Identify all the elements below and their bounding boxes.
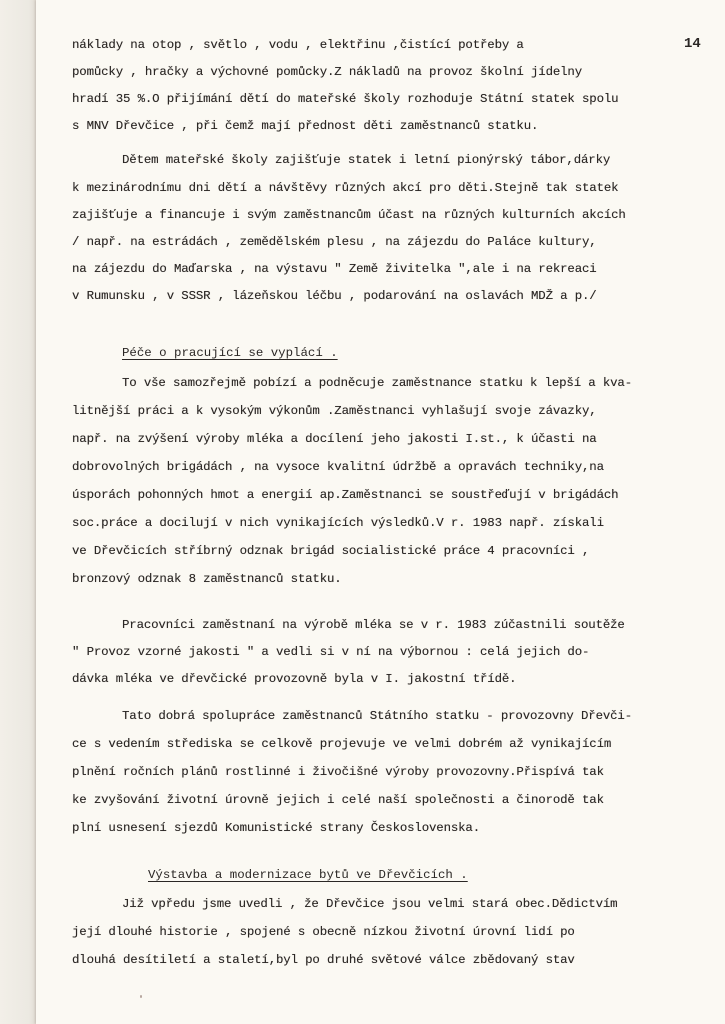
text-line: litnější práci a k vysokým výkonům .Zamě… bbox=[72, 404, 597, 418]
page-number: 14 bbox=[684, 36, 701, 52]
text-line: dávka mléka ve dřevčické provozovně byla… bbox=[72, 672, 516, 686]
document-page: 14 náklady na otop , světlo , vodu , ele… bbox=[36, 0, 725, 1024]
text-line: náklady na otop , světlo , vodu , elektř… bbox=[72, 38, 524, 52]
text-line: To vše samozřejmě pobízí a podněcuje zam… bbox=[122, 376, 632, 390]
text-line: dlouhá desítiletí a staletí,byl po druhé… bbox=[72, 953, 575, 967]
section-heading-housing-construction: Výstavba a modernizace bytů ve Dřevčicíc… bbox=[148, 868, 468, 882]
text-line: plní usnesení sjezdů Komunistické strany… bbox=[72, 821, 480, 835]
text-line: úsporách pohonných hmot a energií ap.Zam… bbox=[72, 488, 618, 502]
text-line: v Rumunsku , v SSSR , lázeňskou léčbu , … bbox=[72, 289, 597, 303]
text-line: dobrovolných brigádách , na vysoce kvali… bbox=[72, 460, 604, 474]
text-line: Pracovníci zaměstnaní na výrobě mléka se… bbox=[122, 618, 625, 632]
text-line: hradí 35 %.O přijímání dětí do mateřské … bbox=[72, 92, 618, 106]
text-line: ve Dřevčicích stříbrný odznak brigád soc… bbox=[72, 544, 589, 558]
text-line: ke zvyšování životní úrovně jejich i cel… bbox=[72, 793, 604, 807]
text-line: zajišťuje a financuje i svým zaměstnanců… bbox=[72, 208, 626, 222]
text-line: bronzový odznak 8 zaměstnanců statku. bbox=[72, 572, 342, 586]
text-line: Již vpředu jsme uvedli , že Dřevčice jso… bbox=[122, 897, 617, 911]
text-line: např. na zvýšení výroby mléka a docílení… bbox=[72, 432, 597, 446]
text-line: " Provoz vzorné jakosti " a vedli si v n… bbox=[72, 645, 589, 659]
text-line: / např. na estrádách , zemědělském plesu… bbox=[72, 235, 597, 249]
text-line: pomůcky , hračky a výchovné pomůcky.Z ná… bbox=[72, 65, 582, 79]
text-line: soc.práce a docilují v nich vynikajících… bbox=[72, 516, 604, 530]
paper-speck bbox=[140, 995, 142, 998]
scan-background-edge bbox=[0, 0, 36, 1024]
section-heading-care-for-workers: Péče o pracující se vyplácí . bbox=[122, 346, 338, 360]
text-line: její dlouhé historie , spojené s obecně … bbox=[72, 925, 575, 939]
text-line: Tato dobrá spolupráce zaměstnanců Státní… bbox=[122, 709, 632, 723]
text-line: k mezinárodnímu dni dětí a návštěvy různ… bbox=[72, 181, 618, 195]
text-line: Dětem mateřské školy zajišťuje statek i … bbox=[122, 153, 610, 167]
text-line: plnění ročních plánů rostlinné i živočiš… bbox=[72, 765, 604, 779]
text-line: ce s vedením střediska se celkově projev… bbox=[72, 737, 611, 751]
text-line: na zájezdu do Maďarska , na výstavu " Ze… bbox=[72, 262, 597, 276]
text-line: s MNV Dřevčice , při čemž mají přednost … bbox=[72, 119, 538, 133]
